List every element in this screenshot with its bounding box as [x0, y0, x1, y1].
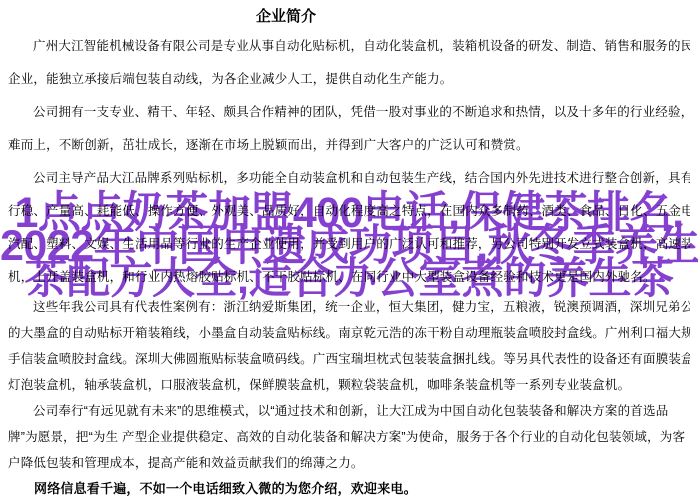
text-line: 网络信息看千遍，不如一个电话细致入微的为您介绍，欢迎来电。 — [8, 476, 690, 499]
text-line: 机，上开盖装盒机，和行业内热熔胶贴标机、不干胶贴标机、在同行业中大型装盒设备经验… — [8, 261, 690, 294]
company-profile-page: 企业简介 广州大江智能机械设备有限公司是专业从事自动化贴标机，自动化装盒机，装箱… — [0, 0, 698, 499]
page-title: 企业简介 — [0, 0, 698, 30]
paragraph: 公司拥有一支专业、精干、年轻、颇具合作精神的团队，凭借一股对事业的不断追求和热情… — [8, 96, 690, 162]
text-line: 公司拥有一支专业、精干、年轻、颇具合作精神的团队，凭借一股对事业的不断追求和热情… — [8, 96, 690, 129]
text-line: 这些年我公司具有代表性案例有：浙江纳爱斯集团，统一企业，恒大集团，健力宝，五粮液… — [8, 294, 690, 320]
text-line: 手信装盒喷胶封盒线。深圳大佛圆瓶贴标装盒喷码线。广西宝瑞坦枕式包装装盒捆扎线。等… — [8, 346, 690, 372]
text-line: 公司奉行“有远见就有未来”的思维模式，以“通过技术和创新，让大江成为中国自动化包… — [8, 398, 690, 424]
text-line: 广州大江智能机械设备有限公司是专业从事自动化贴标机，自动化装盒机，装箱机设备的研… — [8, 30, 690, 63]
text-line: 的大墨盒的自动贴标开箱装箱线，小墨盒自动装盒贴标线。南京乾元浩的冻干粉自动理瓶装… — [8, 320, 690, 346]
text-line: 户降低包装和管理成本，提高产能和效益贡献我们的绵薄之力。 — [8, 450, 690, 476]
text-line: 汽配、塑料、文娱、生活用品等行业的生产企业使用，并受到用户的广泛认可和推荐，另公… — [8, 228, 690, 261]
paragraph: 广州大江智能机械设备有限公司是专业从事自动化贴标机，自动化装盒机，装箱机设备的研… — [8, 30, 690, 96]
document-body: 广州大江智能机械设备有限公司是专业从事自动化贴标机，自动化装盒机，装箱机设备的研… — [8, 30, 690, 499]
text-line: 难而上，不断创新，茁壮成长，逐渐在市场上脱颖而出，并得到广大客户的广泛认可和赞赏… — [8, 129, 690, 162]
paragraph: 网络信息看千遍，不如一个电话细致入微的为您介绍，欢迎来电。 — [8, 476, 690, 499]
text-line: 行稳、产量高、耗能低、操作方便、外观美、品质好，自动化程度高之特点，在国内众多制… — [8, 195, 690, 228]
text-line: 灯泡装盒机，轴承装盒机，口服液装盒机，保鲜膜装盒机，颗粒袋装盒机，咖啡条装盒机等… — [8, 372, 690, 398]
paragraph: 公司奉行“有远见就有未来”的思维模式，以“通过技术和创新，让大江成为中国自动化包… — [8, 398, 690, 476]
text-line: 牌”为愿景，把“为生 产型企业提供稳定、高效的自动化装备和解决方案”为使命，服务… — [8, 424, 690, 450]
text-line: 企业，能独立承接后端包装自动线，为各企业减少人工，提供自动化生产能力。 — [8, 63, 690, 96]
paragraph: 公司主导产品大江品牌系列贴标机，多功能全自动装盒机和自动包装生产线，结合国内外先… — [8, 162, 690, 294]
paragraph: 这些年我公司具有代表性案例有：浙江纳爱斯集团，统一企业，恒大集团，健力宝，五粮液… — [8, 294, 690, 398]
text-line: 公司主导产品大江品牌系列贴标机，多功能全自动装盒机和自动包装生产线，结合国内外先… — [8, 162, 690, 195]
